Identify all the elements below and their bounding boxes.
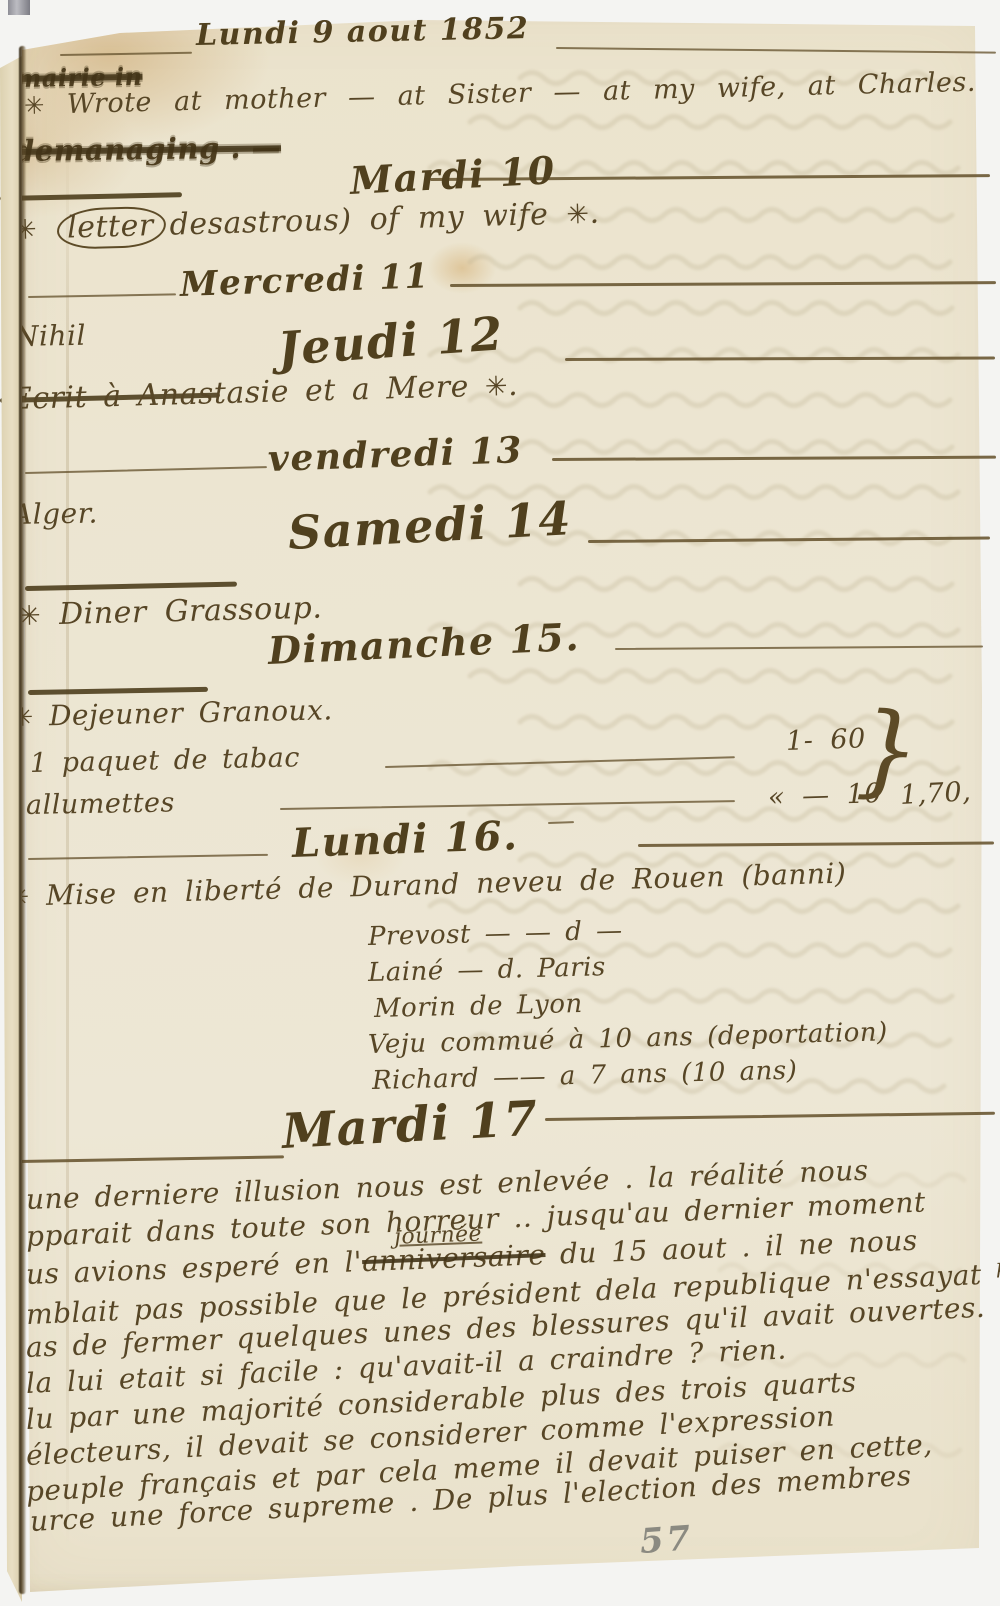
period: . (507, 368, 518, 403)
metal-clip (8, 0, 30, 15)
expense-item-tabac: 1 paquet de tabac (30, 742, 301, 779)
binding-edge-shadow (19, 46, 26, 1594)
expense-item-allumettes: allumettes (26, 787, 175, 821)
asterisk-mark: ✳ (566, 199, 590, 231)
prisoner-list-item: Morin de Lyon (374, 989, 583, 1024)
inserted-word-journee: journée (394, 1222, 483, 1250)
amount-total: 1,70, (899, 776, 972, 811)
amount-tabac: 1- 60 (785, 723, 866, 757)
date-heading-vendredi-13: vendredi 13 (267, 429, 523, 480)
entry-aug14-text: Diner Grassoup. (59, 591, 323, 632)
correction: anniversairejournée (361, 1238, 546, 1278)
squeezed-word: pas (995, 1253, 1000, 1279)
entry-aug10-text: desastrous) of my wife (169, 197, 549, 243)
entry-aug15-text: Dejeuner Granoux. (49, 693, 333, 732)
date-heading-lundi-9-aout-1852: Lundi 9 aout 1852 (196, 11, 530, 53)
period: . (589, 196, 600, 231)
pencil-page-number: 57 (639, 1518, 695, 1562)
asterisk-mark: ✳ (24, 90, 46, 120)
prisoner-list-item: Prevost — — d — (368, 916, 623, 952)
asterisk-mark: ✳ (484, 371, 508, 403)
struck-out-word: demanaging . — (14, 130, 281, 168)
circled-word: letter (57, 206, 167, 250)
scanned-diary-photo: { "marks": {"star": "✳", "dot": "."}, "p… (0, 0, 1000, 1606)
date-heading-lundi-16: Lundi 16. (291, 812, 519, 867)
entry-aug15-line: ✳ Dejeuner Granoux. (12, 693, 333, 733)
prisoner-list-item: Lainé — d. Paris (368, 952, 607, 988)
